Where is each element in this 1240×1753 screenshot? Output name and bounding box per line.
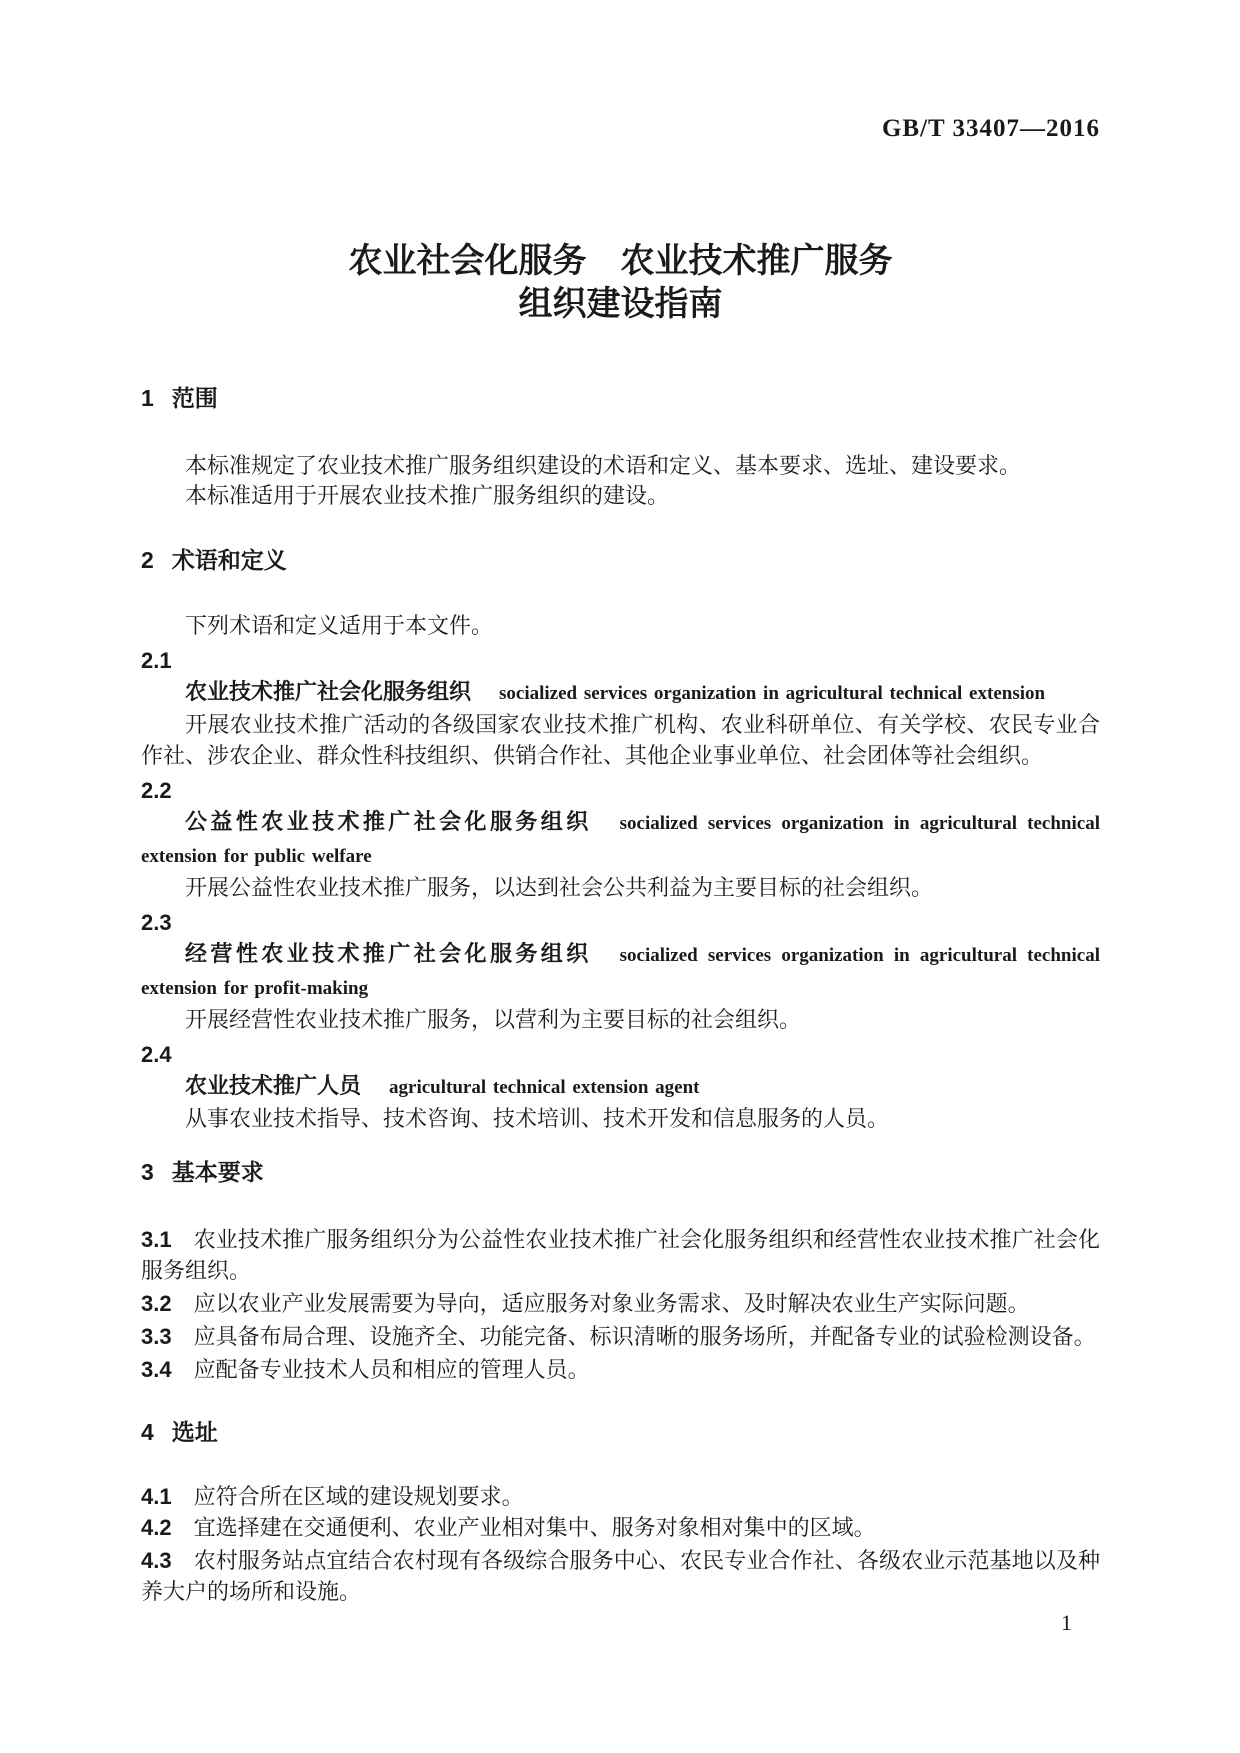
clause-number: 3.4 [141, 1357, 172, 1382]
term-number: 2.1 [141, 645, 1100, 676]
clause-3-4: 3.4应配备专业技术人员和相应的管理人员。 [141, 1354, 1100, 1385]
standard-number: GB/T 33407—2016 [141, 114, 1100, 144]
section-number: 2 [141, 547, 154, 573]
term-number: 2.2 [141, 775, 1100, 806]
term-definition: 从事农业技术指导、技术咨询、技术培训、技术开发和信息服务的人员。 [141, 1103, 1100, 1134]
scope-paragraph-1: 本标准规定了农业技术推广服务组织建设的术语和定义、基本要求、选址、建设要求。 [141, 451, 1100, 481]
section-title: 术语和定义 [172, 547, 287, 573]
term-number: 2.4 [141, 1039, 1100, 1070]
clause-text: 宜选择建在交通便利、农业产业相对集中、服务对象相对集中的区域。 [194, 1515, 876, 1540]
term-definition: 开展经营性农业技术推广服务，以营利为主要目标的社会组织。 [141, 1004, 1100, 1035]
term-en: agricultural technical extension agent [389, 1077, 700, 1098]
page-number: 1 [141, 1607, 1100, 1638]
term-title-line: 农业技术推广人员agricultural technical extension… [141, 1070, 1100, 1103]
clause-number: 3.3 [141, 1324, 172, 1349]
clause-text: 应配备专业技术人员和相应的管理人员。 [194, 1357, 590, 1382]
clause-text: 应具备布局合理、设施齐全、功能完备、标识清晰的服务场所，并配备专业的试验检测设备… [194, 1324, 1096, 1349]
document-page: GB/T 33407—2016 农业社会化服务 农业技术推广服务 组织建设指南 … [0, 0, 1240, 1753]
section-title: 基本要求 [172, 1159, 264, 1185]
clause-number: 4.1 [141, 1484, 172, 1509]
term-title-line: 农业技术推广社会化服务组织socialized services organiz… [141, 676, 1100, 709]
clause-text: 农业技术推广服务组织分为公益性农业技术推广社会化服务组织和经营性农业技术推广社会… [141, 1227, 1100, 1283]
term-definition: 开展公益性农业技术推广服务，以达到社会公共利益为主要目标的社会组织。 [141, 872, 1100, 903]
term-zh: 农业技术推广人员 [185, 1073, 361, 1098]
scope-paragraph-2: 本标准适用于开展农业技术推广服务组织的建设。 [141, 481, 1100, 511]
section-title: 范围 [172, 385, 218, 411]
clause-3-3: 3.3应具备布局合理、设施齐全、功能完备、标识清晰的服务场所，并配备专业的试验检… [141, 1321, 1100, 1352]
title-line-2: 组织建设指南 [141, 283, 1100, 326]
section-heading-terms: 2术语和定义 [141, 545, 1100, 575]
term-zh: 公益性农业技术推广社会化服务组织 [185, 809, 592, 834]
term-entry: 2.2 公益性农业技术推广社会化服务组织socialized services … [141, 775, 1100, 903]
section-number: 4 [141, 1419, 154, 1445]
section-heading-basic-requirements: 3基本要求 [141, 1157, 1100, 1187]
section-number: 1 [141, 385, 154, 411]
term-entry: 2.3 经营性农业技术推广社会化服务组织socialized services … [141, 907, 1100, 1035]
term-definition: 开展农业技术推广活动的各级国家农业技术推广机构、农业科研单位、有关学校、农民专业… [141, 709, 1100, 771]
term-zh: 农业技术推广社会化服务组织 [185, 679, 471, 704]
term-number: 2.3 [141, 907, 1100, 938]
term-entry: 2.1 农业技术推广社会化服务组织socialized services org… [141, 645, 1100, 771]
clause-4-3: 4.3农村服务站点宜结合农村现有各级综合服务中心、农民专业合作社、各级农业示范基… [141, 1545, 1100, 1607]
section-title: 选址 [172, 1419, 218, 1445]
clause-number: 3.1 [141, 1227, 172, 1252]
clause-4-1: 4.1应符合所在区域的建设规划要求。 [141, 1481, 1100, 1512]
term-title-line: 经营性农业技术推广社会化服务组织socialized services orga… [141, 938, 1100, 1004]
clause-number: 4.3 [141, 1548, 172, 1573]
clause-number: 3.2 [141, 1291, 172, 1316]
section-number: 3 [141, 1159, 154, 1185]
clause-text: 应以农业产业发展需要为导向，适应服务对象业务需求、及时解决农业生产实际问题。 [194, 1291, 1030, 1316]
section-heading-site-selection: 4选址 [141, 1417, 1100, 1447]
clause-text: 农村服务站点宜结合农村现有各级综合服务中心、农民专业合作社、各级农业示范基地以及… [141, 1548, 1100, 1604]
term-entry: 2.4 农业技术推广人员agricultural technical exten… [141, 1039, 1100, 1134]
clause-text: 应符合所在区域的建设规划要求。 [194, 1484, 524, 1509]
terms-region: 下列术语和定义适用于本文件。 2.1 农业技术推广社会化服务组织socializ… [141, 610, 1100, 1134]
clause-number: 4.2 [141, 1515, 172, 1540]
clause-3-2: 3.2应以农业产业发展需要为导向，适应服务对象业务需求、及时解决农业生产实际问题… [141, 1288, 1100, 1319]
term-en: socialized services organization in agri… [499, 683, 1045, 704]
terms-intro: 下列术语和定义适用于本文件。 [141, 610, 1100, 641]
term-zh: 经营性农业技术推广社会化服务组织 [185, 941, 592, 966]
clause-3-1: 3.1农业技术推广服务组织分为公益性农业技术推广社会化服务组织和经营性农业技术推… [141, 1224, 1100, 1286]
document-title: 农业社会化服务 农业技术推广服务 组织建设指南 [141, 240, 1100, 326]
section-heading-scope: 1范围 [141, 383, 1100, 413]
term-title-line: 公益性农业技术推广社会化服务组织socialized services orga… [141, 806, 1100, 872]
title-line-1: 农业社会化服务 农业技术推广服务 [141, 240, 1100, 283]
clause-4-2: 4.2宜选择建在交通便利、农业产业相对集中、服务对象相对集中的区域。 [141, 1512, 1100, 1543]
